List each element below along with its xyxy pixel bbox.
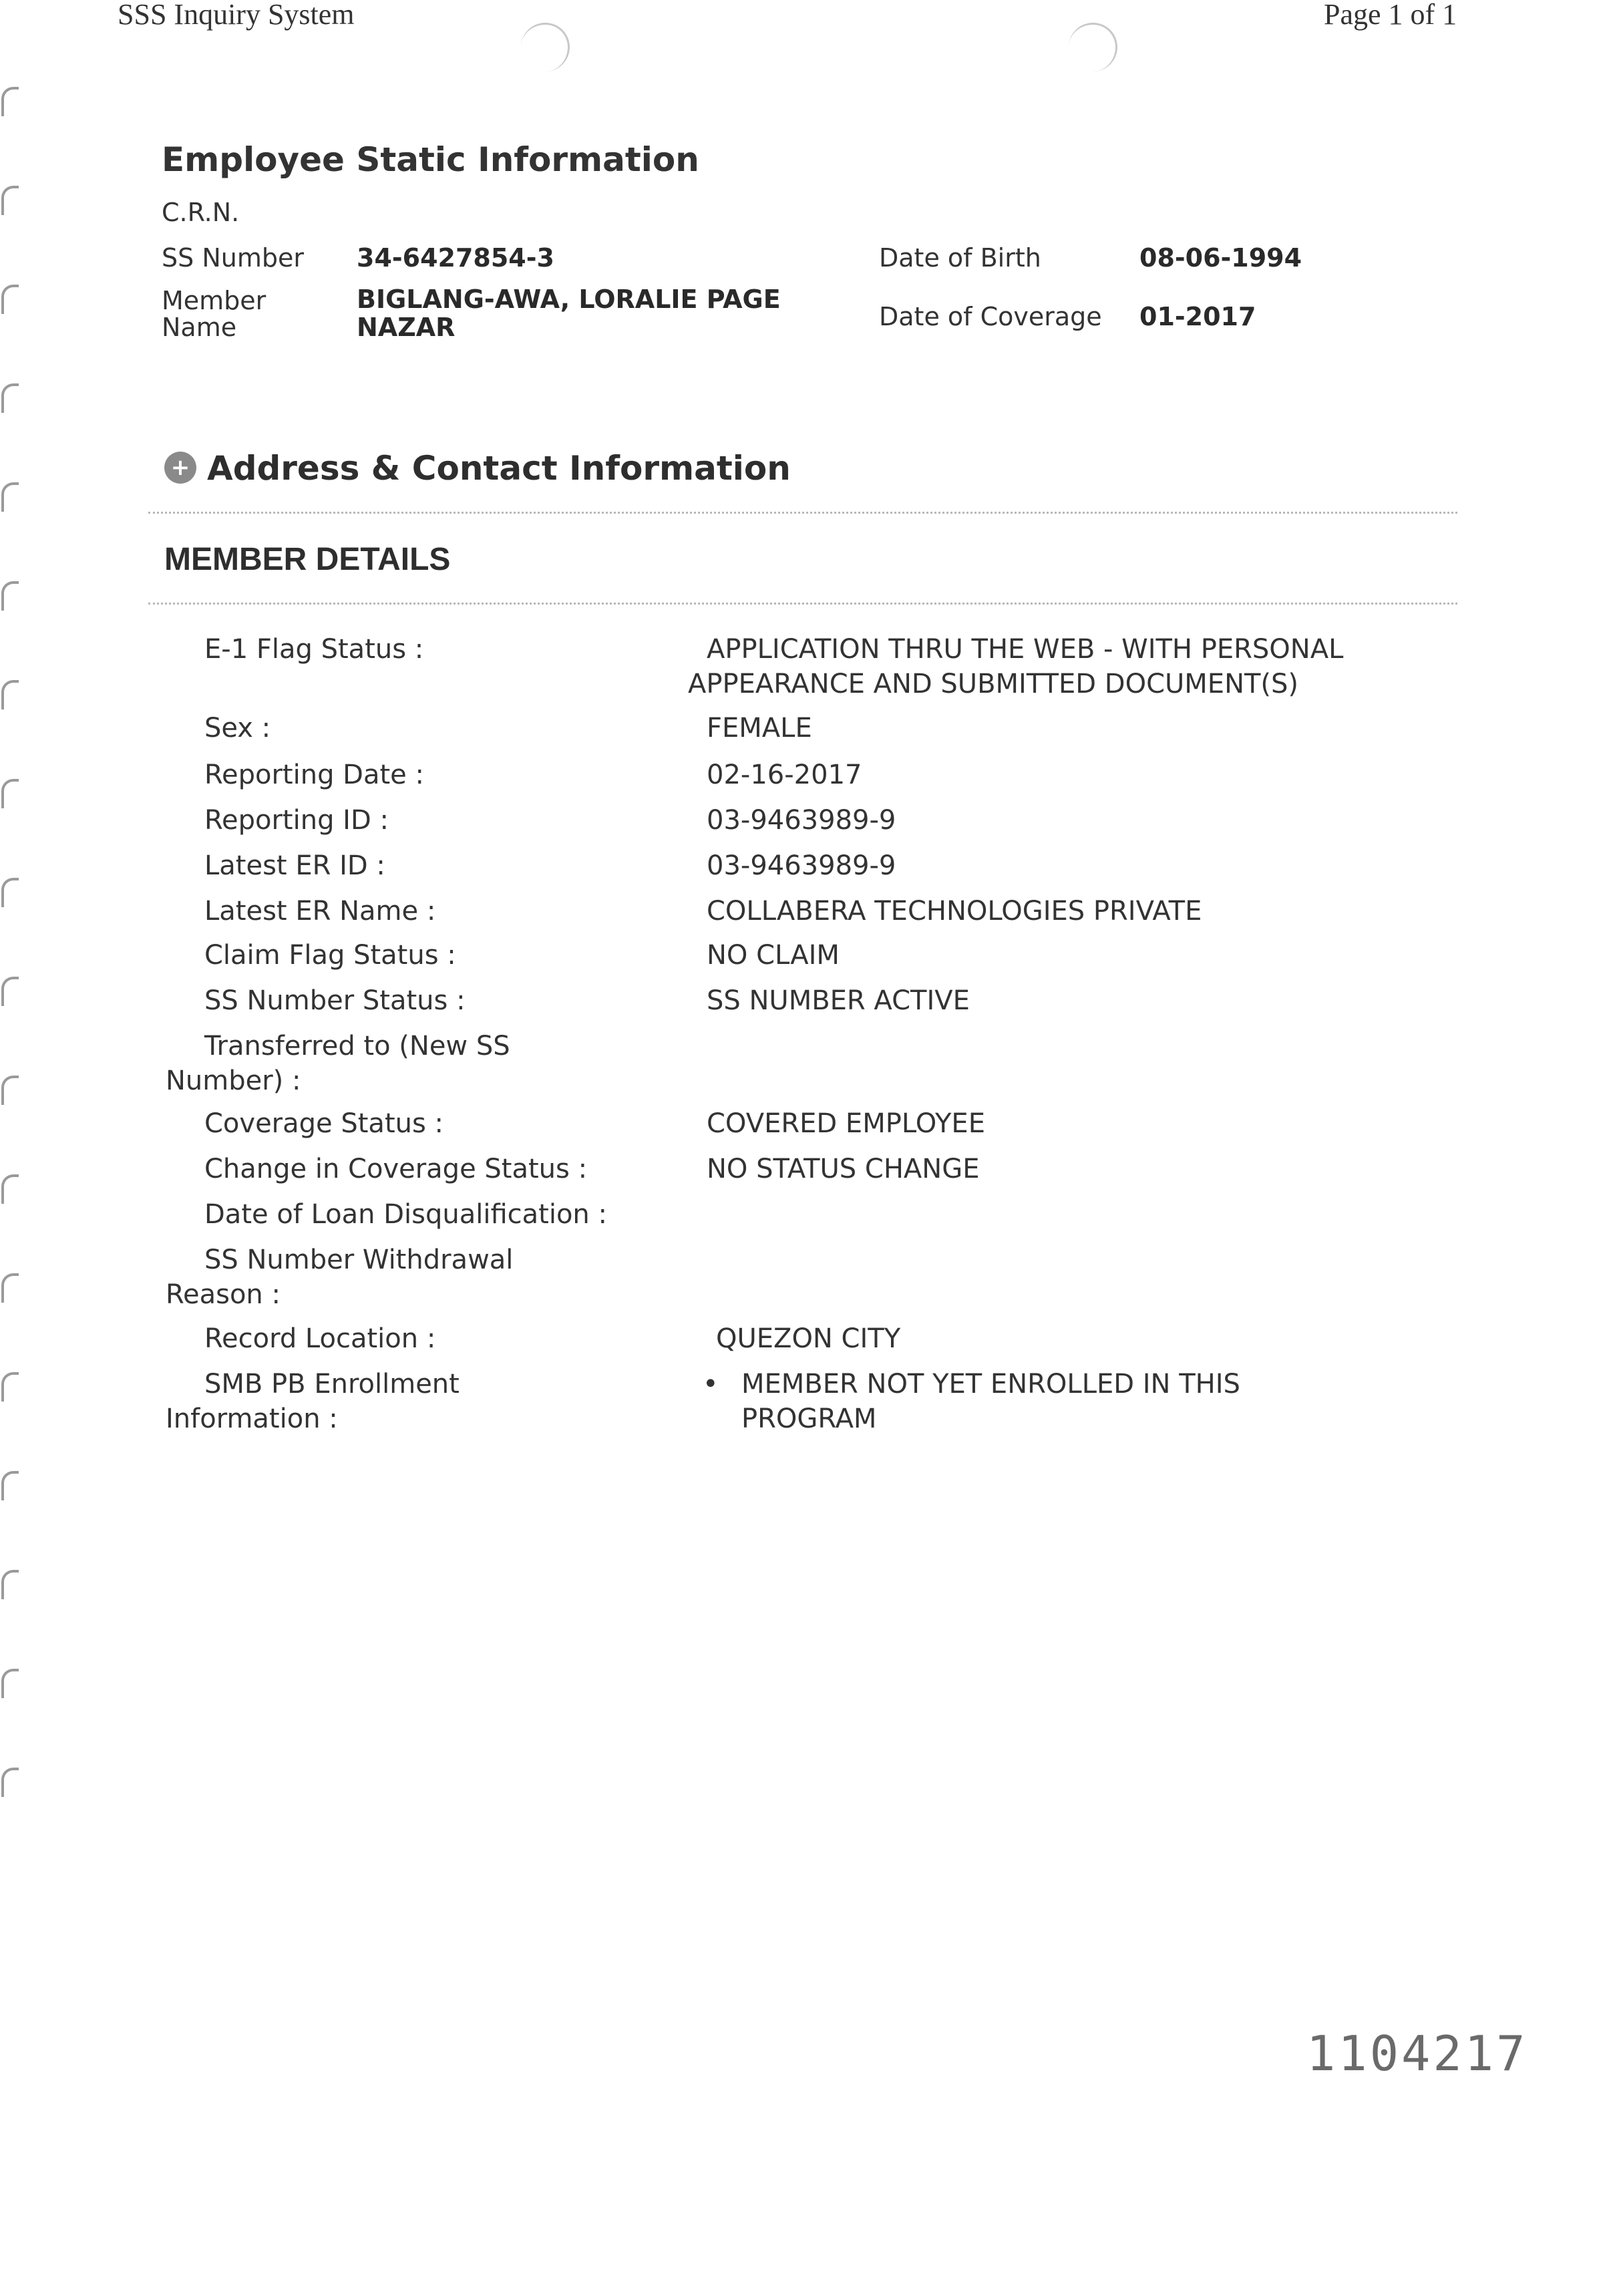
row-label: SS Number Status :: [166, 983, 647, 1018]
row-label: Reporting ID :: [166, 803, 647, 838]
row-label-line1: Sex :: [166, 711, 647, 746]
row-label: SMB PB EnrollmentInformation :: [166, 1367, 647, 1436]
row-label: Sex :: [166, 711, 647, 746]
row-value: MEMBER NOT YET ENROLLED IN THISPROGRAM: [688, 1367, 1423, 1436]
list-item-text: MEMBER NOT YET ENROLLED IN THIS: [741, 1367, 1423, 1402]
row-label-line2: Number) :: [166, 1063, 647, 1098]
enrollment-list: MEMBER NOT YET ENROLLED IN THISPROGRAM: [688, 1367, 1423, 1436]
scan-artifact: [521, 23, 570, 71]
row-label-line1: Claim Flag Status :: [166, 938, 647, 973]
row-value-line1: SS NUMBER ACTIVE: [707, 983, 1441, 1018]
row-label-line2: Reason :: [166, 1277, 647, 1312]
row-label: Transferred to (New SSNumber) :: [166, 1029, 647, 1098]
scan-artifact: [1069, 23, 1117, 71]
row-value-line1: QUEZON CITY: [716, 1321, 1451, 1356]
row-label-line1: Reporting ID :: [166, 803, 647, 838]
row-value: NO STATUS CHANGE: [707, 1152, 1441, 1186]
row-label: SS Number WithdrawalReason :: [166, 1243, 647, 1312]
member-details-title: MEMBER DETAILS: [164, 541, 450, 578]
member-name-label: Member Name: [162, 286, 266, 342]
row-value-line1: APPLICATION THRU THE WEB - WITH PERSONAL: [707, 632, 1441, 667]
row-label-line1: Latest ER ID :: [166, 848, 647, 883]
punch-mark: [1, 779, 19, 808]
coverage-date-value: 01-2017: [1139, 302, 1256, 331]
punch-mark: [1, 581, 19, 611]
punch-mark: [1, 383, 19, 413]
member-name-value-line2: NAZAR: [357, 313, 781, 342]
row-label-line1: Record Location :: [166, 1321, 647, 1356]
row-label-line1: Transferred to (New SS: [166, 1029, 647, 1063]
row-value-line1: COVERED EMPLOYEE: [707, 1106, 1441, 1141]
punch-mark: [1, 1768, 19, 1797]
punch-mark: [1, 482, 19, 512]
dob-label: Date of Birth: [879, 243, 1041, 273]
row-label: Record Location :: [166, 1321, 647, 1356]
punch-mark: [1, 977, 19, 1006]
row-value: APPLICATION THRU THE WEB - WITH PERSONAL…: [707, 632, 1441, 701]
row-value-line2: APPEARANCE AND SUBMITTED DOCUMENT(S): [688, 667, 1441, 701]
row-value: COVERED EMPLOYEE: [707, 1106, 1441, 1141]
row-label-line1: Reporting Date :: [166, 758, 647, 792]
row-value: QUEZON CITY: [716, 1321, 1451, 1356]
row-label: Reporting Date :: [166, 758, 647, 792]
punch-mark: [1, 1076, 19, 1105]
divider: [148, 512, 1457, 514]
page-indicator: Page 1 of 1: [1324, 0, 1457, 31]
row-value-line1: NO CLAIM: [707, 938, 1441, 973]
punch-mark: [1, 285, 19, 314]
punch-mark: [1, 186, 19, 215]
punch-mark: [1, 1669, 19, 1698]
app-title: SSS Inquiry System: [118, 0, 355, 31]
row-value: SS NUMBER ACTIVE: [707, 983, 1441, 1018]
row-label-line1: Change in Coverage Status :: [166, 1152, 647, 1186]
punch-mark: [1, 680, 19, 709]
row-label: Change in Coverage Status :: [166, 1152, 647, 1186]
address-contact-title[interactable]: Address & Contact Information: [207, 449, 791, 488]
punch-mark: [1, 87, 19, 116]
row-label-line1: E-1 Flag Status :: [166, 632, 647, 667]
member-name-label-line1: Member: [162, 286, 266, 315]
row-label-line1: Date of Loan Disqualification :: [166, 1197, 647, 1232]
row-label-line1: Latest ER Name :: [166, 894, 647, 929]
member-name-value-line1: BIGLANG-AWA, LORALIE PAGE: [357, 285, 781, 314]
row-label: Coverage Status :: [166, 1106, 647, 1141]
row-label: Latest ER Name :: [166, 894, 647, 929]
plus-circle-icon[interactable]: +: [164, 452, 196, 484]
punch-mark: [1, 1570, 19, 1599]
member-name-label-line2: Name: [162, 313, 266, 342]
row-label: Date of Loan Disqualification :: [166, 1197, 647, 1232]
list-item-text: PROGRAM: [741, 1402, 1423, 1436]
list-item: MEMBER NOT YET ENROLLED IN THISPROGRAM: [688, 1367, 1423, 1436]
row-value-line1: FEMALE: [707, 711, 1441, 746]
ss-number-label: SS Number: [162, 243, 304, 273]
dob-value: 08-06-1994: [1139, 243, 1302, 273]
row-value-line1: NO STATUS CHANGE: [707, 1152, 1441, 1186]
punch-mark: [1, 878, 19, 907]
divider: [148, 603, 1457, 605]
row-value: 02-16-2017: [707, 758, 1441, 792]
coverage-date-label: Date of Coverage: [879, 302, 1102, 331]
row-label: E-1 Flag Status :: [166, 632, 647, 667]
row-label-line2: Information :: [166, 1402, 647, 1436]
row-value: FEMALE: [707, 711, 1441, 746]
punch-mark: [1, 1372, 19, 1402]
row-value-line1: COLLABERA TECHNOLOGIES PRIVATE: [707, 894, 1441, 929]
row-label-line1: SS Number Withdrawal: [166, 1243, 647, 1277]
member-name-value: BIGLANG-AWA, LORALIE PAGE NAZAR: [357, 285, 781, 342]
stamp-number: 1104217: [1306, 2025, 1528, 2082]
ss-number-value: 34-6427854-3: [357, 243, 554, 273]
row-label-line1: SS Number Status :: [166, 983, 647, 1018]
crn-label: C.R.N.: [162, 198, 239, 227]
row-value: 03-9463989-9: [707, 848, 1441, 883]
row-value-line1: 03-9463989-9: [707, 848, 1441, 883]
row-label: Claim Flag Status :: [166, 938, 647, 973]
punch-mark: [1, 1273, 19, 1303]
punch-mark: [1, 1471, 19, 1500]
row-value: NO CLAIM: [707, 938, 1441, 973]
employee-static-title: Employee Static Information: [162, 140, 699, 179]
row-value-line1: 02-16-2017: [707, 758, 1441, 792]
punch-mark: [1, 1174, 19, 1204]
row-label-line1: SMB PB Enrollment: [166, 1367, 647, 1402]
row-label: Latest ER ID :: [166, 848, 647, 883]
row-value-line1: 03-9463989-9: [707, 803, 1441, 838]
row-value: COLLABERA TECHNOLOGIES PRIVATE: [707, 894, 1441, 929]
row-value: 03-9463989-9: [707, 803, 1441, 838]
row-label-line1: Coverage Status :: [166, 1106, 647, 1141]
